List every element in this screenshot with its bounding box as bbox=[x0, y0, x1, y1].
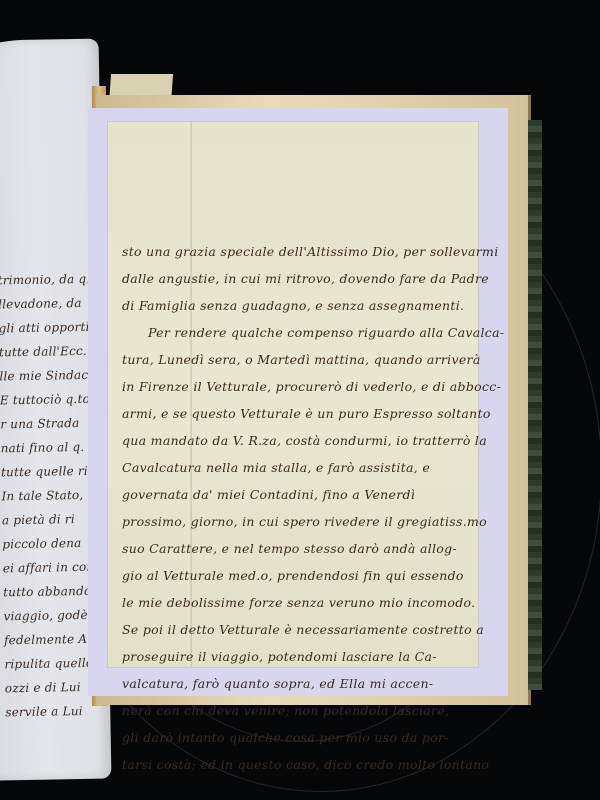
letter-line: di Famiglia senza guadagno, e senza asse… bbox=[122, 298, 464, 313]
left-line: In tale Stato, bbox=[1, 488, 83, 503]
letter-line: qua mandato da V. R.za, costà condurmi, … bbox=[122, 433, 487, 448]
letter-line: tarsi costà; ed in questo caso, dico cre… bbox=[122, 757, 489, 772]
letter-line: sto una grazia speciale dell'Altissimo D… bbox=[122, 244, 499, 259]
letter-line: prossimo, giorno, in cui spero rivedere … bbox=[122, 514, 487, 529]
letter-line: suo Carattere, e nel tempo stesso darò a… bbox=[122, 541, 457, 556]
left-line: llevadone, da bbox=[0, 296, 82, 311]
archival-photo-scene: trimonio, da q. llevadone, da gli atti o… bbox=[0, 0, 600, 800]
handwritten-letter: sto una grazia speciale dell'Altissimo D… bbox=[108, 122, 478, 667]
left-line: tutte quelle ri bbox=[1, 464, 88, 480]
letter-line: Per rendere qualche compenso riguardo al… bbox=[148, 325, 504, 340]
letter-line: armi, e se questo Vetturale è un puro Es… bbox=[122, 406, 491, 421]
left-line: tutte dall'Ecc. bbox=[0, 344, 87, 360]
left-line: lle mie Sindac. bbox=[0, 368, 92, 384]
paper-fold bbox=[188, 122, 192, 667]
letter-line: gli darò intanto qualche cosa per mio us… bbox=[122, 730, 449, 745]
letter-line: le mie debolissime forze senza veruno mi… bbox=[122, 595, 475, 610]
left-line: piccolo dena bbox=[2, 536, 81, 551]
letter-line: Cavalcatura nella mia stalla, e farò ass… bbox=[122, 460, 430, 475]
letter-line: in Firenze il Vetturale, procurerò di ve… bbox=[122, 379, 501, 394]
letter-line: governata da' miei Contadini, fino a Ven… bbox=[122, 487, 415, 502]
left-line: a pietà di ri bbox=[2, 512, 75, 527]
letter-line: tura, Lunedì sera, o Martedì mattina, qu… bbox=[122, 352, 481, 367]
left-line: nati fino al q. bbox=[1, 440, 85, 455]
volume-spine bbox=[528, 120, 542, 690]
left-line: ripulita quello bbox=[4, 656, 93, 672]
letter-line: dalle angustie, in cui mi ritrovo, doven… bbox=[122, 271, 489, 286]
letter-line: valcatura, farò quanto sopra, ed Ella mi… bbox=[122, 676, 433, 691]
left-line: E tuttociò q.to bbox=[0, 392, 90, 408]
letter-line: gio al Vetturale med.o, prendendosi fin … bbox=[122, 568, 464, 583]
letter-line: Se poi il detto Vetturale è necessariame… bbox=[122, 622, 484, 637]
left-line: gli atti opporti bbox=[0, 320, 90, 336]
left-line: ozzi e di Lui bbox=[5, 680, 81, 695]
left-line: servile a Lui bbox=[5, 704, 83, 719]
letter-line: nerà con chi deva venire; non potendola … bbox=[122, 703, 449, 718]
left-line: r una Strada bbox=[0, 416, 79, 431]
left-line: trimonio, da q. bbox=[0, 272, 90, 288]
letter-line: proseguire il viaggio, potendomi lasciar… bbox=[122, 649, 437, 664]
